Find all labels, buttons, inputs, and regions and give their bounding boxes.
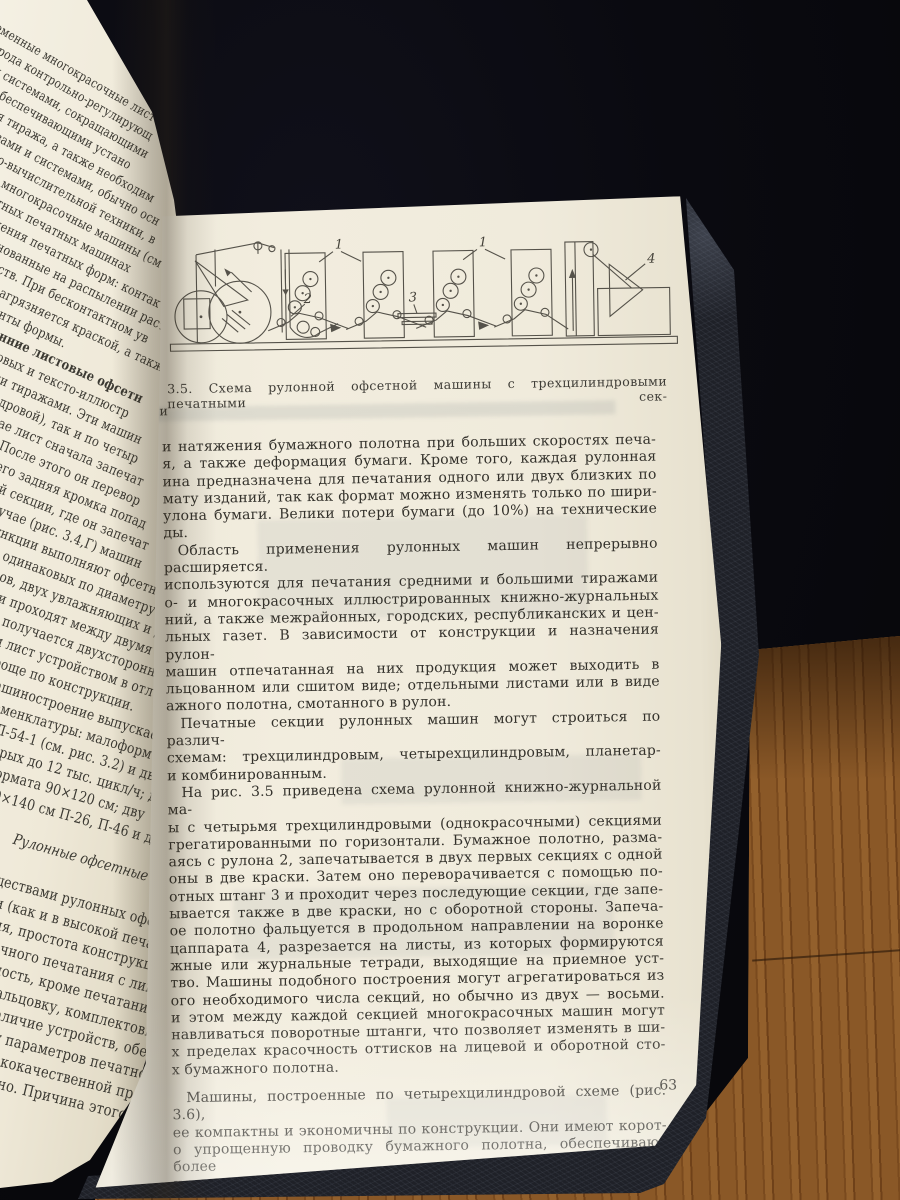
figure-label-1-right: 1 bbox=[479, 235, 488, 250]
figure-3-5-diagram: 1 1 2 3 4 bbox=[163, 231, 685, 369]
page-number: 63 bbox=[172, 1077, 677, 1101]
figure-label-4-folder: 4 bbox=[646, 252, 656, 267]
body-text-line: ее компактны и экономичны по конструкции… bbox=[173, 1117, 667, 1142]
body-text-line: х бумажного полотна. bbox=[172, 1054, 666, 1079]
right-page: 1 1 2 3 4 3.5. Схема рулонной офсетной м… bbox=[72, 192, 748, 1200]
figure-label-2-roll: 2 bbox=[303, 292, 313, 307]
figure-label-1-left: 1 bbox=[335, 238, 344, 253]
body-text-line: навливаться поворотные штанги, что позво… bbox=[171, 1020, 665, 1045]
body-text-line: Машины, построенные по четырехцилиндрово… bbox=[172, 1083, 666, 1125]
body-text: и натяжения бумажного полотна при больши… bbox=[162, 432, 668, 1194]
figure-caption-fragment: и bbox=[159, 402, 219, 418]
body-text-line: и этом между каждой секцией многокрасочн… bbox=[171, 1002, 665, 1027]
body-text-line: х пределах красочность оттисков на лицев… bbox=[171, 1037, 665, 1062]
show-through-mark bbox=[386, 1094, 607, 1147]
figure-label-3-bars: 3 bbox=[409, 290, 418, 305]
book-photo-scene: временные многокрасочные листого рода ко… bbox=[0, 0, 900, 1200]
